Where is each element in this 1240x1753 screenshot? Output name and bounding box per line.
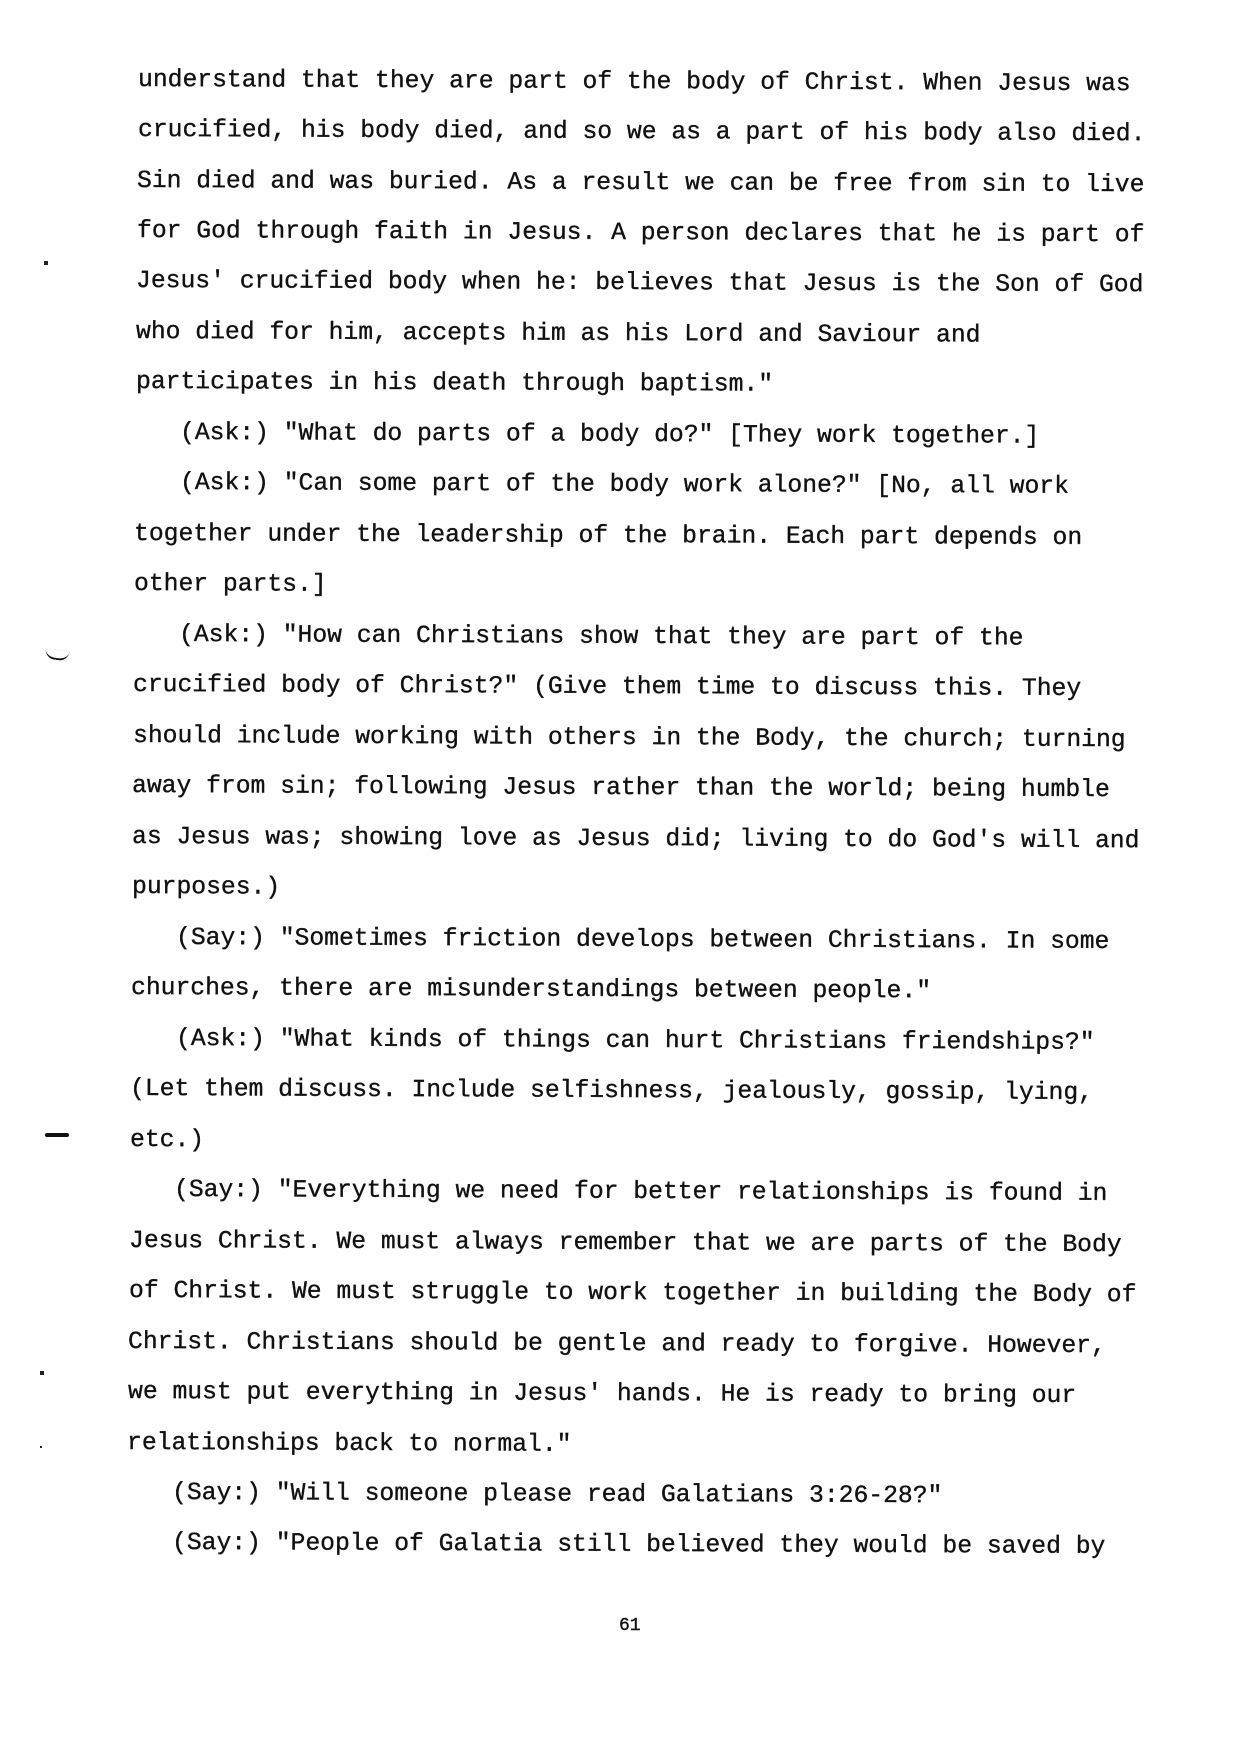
paragraph-line: participates in his death through baptis… (136, 370, 773, 397)
page-number: 61 (619, 1617, 641, 1635)
paragraph-line: purposes.) (132, 875, 280, 900)
paragraph-line: of Christ. We must struggle to work toge… (128, 1279, 1136, 1308)
paragraph-line: as Jesus was; showing love as Jesus did;… (132, 825, 1140, 854)
paragraph-first-line: (Say:) "Sometimes friction develops betw… (176, 926, 1109, 955)
paragraph-line: crucified, his body died, and so we as a… (138, 118, 1146, 147)
paragraph-line: Jesus' crucified body when he: believes … (136, 269, 1144, 298)
paragraph-line: other parts.] (134, 572, 327, 598)
paragraph-line: for God through faith in Jesus. A person… (137, 219, 1145, 248)
margin-dot-mark (40, 1371, 44, 1375)
paragraph-first-line: (Ask:) "What do parts of a body do?" [Th… (180, 421, 1039, 449)
paragraph-first-line: (Ask:) "What kinds of things can hurt Ch… (175, 1027, 1094, 1056)
paragraph-line: crucified body of Christ?" (Give them ti… (133, 673, 1081, 702)
paragraph-line: we must put everything in Jesus' hands. … (128, 1380, 1076, 1409)
margin-dash-mark (45, 1133, 69, 1137)
margin-dot-mark (44, 261, 48, 265)
paragraph-line: (Let them discuss. Include selfishness, … (130, 1077, 1093, 1106)
paragraph-line: should include working with others in th… (133, 724, 1126, 753)
paragraph-line: Jesus Christ. We must always remember th… (129, 1229, 1122, 1258)
paragraph-line: who died for him, accepts him as his Lor… (136, 320, 981, 348)
paragraph-line: away from sin; following Jesus rather th… (132, 774, 1110, 803)
paragraph-line: Christ. Christians should be gentle and … (128, 1330, 1106, 1359)
paragraph-line: Sin died and was buried. As a result we … (137, 169, 1145, 198)
paragraph-first-line: (Say:) "Will someone please read Galatia… (172, 1481, 942, 1509)
paragraph-line: relationships back to normal." (127, 1431, 572, 1458)
paragraph-line: churches, there are misunderstandings be… (131, 976, 931, 1004)
paragraph-first-line: (Ask:) "How can Christians show that the… (179, 623, 1024, 651)
paragraph-first-line: (Say:) "People of Galatia still believed… (171, 1531, 1104, 1560)
paragraph-first-line: (Ask:) "Can some part of the body work a… (180, 471, 1069, 499)
margin-curve-mark (44, 648, 69, 661)
paragraph-line: together under the leadership of the bra… (134, 522, 1082, 551)
margin-dot-mark (40, 1446, 42, 1448)
paragraph-line: etc.) (130, 1128, 204, 1153)
paragraph-first-line: understand that they are part of the bod… (138, 68, 1131, 97)
paragraph-first-line: (Say:) "Everything we need for better re… (174, 1178, 1107, 1207)
document-page: understand that they are part of the bod… (0, 0, 1240, 1753)
